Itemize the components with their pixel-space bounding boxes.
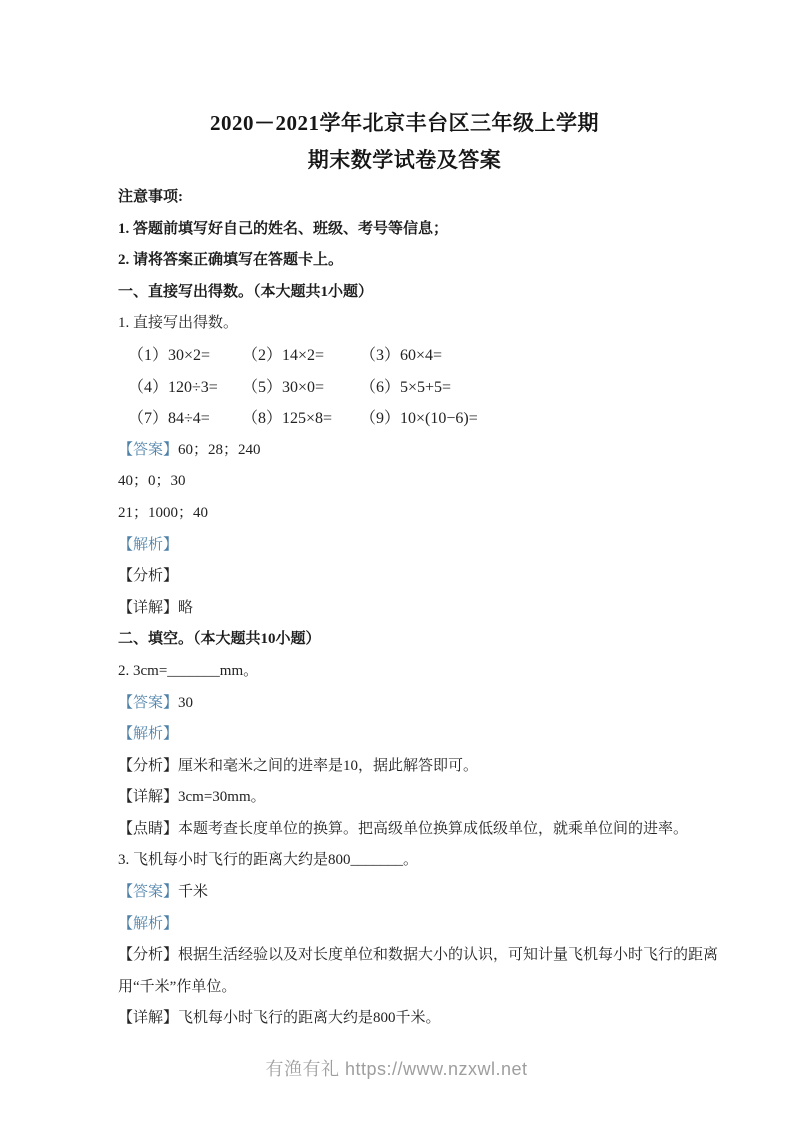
q1-stem: 1. 直接写出得数。 bbox=[118, 308, 691, 340]
q2-highlight-text: 本题考查长度单位的换算。把高级单位换算成低级单位，就乘单位间的进率。 bbox=[178, 821, 688, 837]
breakdown-label: 【分析】 bbox=[118, 568, 178, 584]
q3-breakdown-line-1: 【分析】根据生活经验以及对长度单位和数据大小的认识，可知计量飞机每小时飞行的距离 bbox=[118, 940, 691, 972]
q2-answer-line: 【答案】30 bbox=[118, 688, 691, 720]
calc-item: （2）14×2= bbox=[242, 340, 360, 372]
analysis-label: 【解析】 bbox=[118, 726, 178, 742]
q2-detail-line: 【详解】3cm=30mm。 bbox=[118, 782, 691, 814]
q2-detail-text: 3cm=30mm。 bbox=[178, 789, 266, 805]
q3-detail-line: 【详解】飞机每小时飞行的距离大约是800千米。 bbox=[118, 1003, 691, 1035]
calc-item: （1）30×2= bbox=[128, 340, 242, 372]
exam-title: 2020－2021学年北京丰台区三年级上学期 期末数学试卷及答案 bbox=[118, 105, 691, 179]
document-content: 2020－2021学年北京丰台区三年级上学期 期末数学试卷及答案 注意事项: 1… bbox=[118, 105, 691, 1035]
detail-label: 【详解】 bbox=[118, 1010, 178, 1026]
q3-detail-text: 飞机每小时飞行的距离大约是800千米。 bbox=[178, 1010, 441, 1026]
calc-item: （4）120÷3= bbox=[128, 372, 242, 404]
analysis-label: 【解析】 bbox=[118, 916, 178, 932]
q2-highlight-line: 【点睛】本题考查长度单位的换算。把高级单位换算成低级单位，就乘单位间的进率。 bbox=[118, 814, 691, 846]
q1-calc-row-1: （1）30×2= （2）14×2= （3）60×4= bbox=[118, 340, 691, 372]
notices-heading: 注意事项: bbox=[118, 182, 691, 214]
q2-analysis-line: 【解析】 bbox=[118, 719, 691, 751]
q1-breakdown-line: 【分析】 bbox=[118, 561, 691, 593]
highlight-label: 【点睛】 bbox=[118, 821, 178, 837]
section-two-heading: 二、填空。（本大题共10小题） bbox=[118, 624, 691, 656]
calc-item: （8）125×8= bbox=[242, 403, 360, 435]
q2-breakdown-text: 厘米和毫米之间的进率是10，据此解答即可。 bbox=[178, 758, 478, 774]
calc-item: （5）30×0= bbox=[242, 372, 360, 404]
q1-answer-values-1: 60；28；240 bbox=[178, 442, 261, 458]
exam-title-line1: 2020－2021学年北京丰台区三年级上学期 bbox=[118, 105, 691, 142]
calc-item: （7）84÷4= bbox=[128, 403, 242, 435]
detail-label: 【详解】 bbox=[118, 789, 178, 805]
exam-document-page: 2020－2021学年北京丰台区三年级上学期 期末数学试卷及答案 注意事项: 1… bbox=[0, 0, 793, 1122]
q1-answer-line-2: 40；0；30 bbox=[118, 466, 691, 498]
analysis-label: 【解析】 bbox=[118, 537, 178, 553]
answer-label: 【答案】 bbox=[118, 695, 178, 711]
q1-analysis-line: 【解析】 bbox=[118, 530, 691, 562]
q1-calc-row-3: （7）84÷4= （8）125×8= （9）10×(10−6)= bbox=[118, 403, 691, 435]
answer-label: 【答案】 bbox=[118, 884, 178, 900]
q3-breakdown-text-1: 根据生活经验以及对长度单位和数据大小的认识，可知计量飞机每小时飞行的距离 bbox=[178, 947, 718, 963]
q3-breakdown-line-2: 用“千米”作单位。 bbox=[118, 972, 691, 1004]
calc-item: （6）5×5+5= bbox=[360, 372, 691, 404]
exam-title-line2: 期末数学试卷及答案 bbox=[118, 142, 691, 179]
q2-answer-value: 30 bbox=[178, 695, 193, 711]
breakdown-label: 【分析】 bbox=[118, 947, 178, 963]
q1-answer-line-1: 【答案】60；28；240 bbox=[118, 435, 691, 467]
q2-stem: 2. 3cm=_______mm。 bbox=[118, 656, 691, 688]
q1-detail-line: 【详解】略 bbox=[118, 593, 691, 625]
notice-item-1: 1. 答题前填写好自己的姓名、班级、考号等信息； bbox=[118, 214, 691, 246]
footer-watermark: 有渔有礼 https://www.nzxwl.net bbox=[0, 1056, 793, 1082]
q3-stem: 3. 飞机每小时飞行的距离大约是800_______。 bbox=[118, 845, 691, 877]
q1-calc-row-2: （4）120÷3= （5）30×0= （6）5×5+5= bbox=[118, 372, 691, 404]
calc-item: （3）60×4= bbox=[360, 340, 691, 372]
q3-answer-value: 千米 bbox=[178, 884, 208, 900]
detail-label: 【详解】 bbox=[118, 600, 178, 616]
calc-item: （9）10×(10−6)= bbox=[360, 403, 691, 435]
breakdown-label: 【分析】 bbox=[118, 758, 178, 774]
q1-answer-line-3: 21；1000；40 bbox=[118, 498, 691, 530]
q3-answer-line: 【答案】千米 bbox=[118, 877, 691, 909]
section-one-heading: 一、直接写出得数。（本大题共1小题） bbox=[118, 277, 691, 309]
q3-analysis-line: 【解析】 bbox=[118, 909, 691, 941]
q1-detail-text: 略 bbox=[178, 600, 193, 616]
q2-breakdown-line: 【分析】厘米和毫米之间的进率是10，据此解答即可。 bbox=[118, 751, 691, 783]
notice-item-2: 2. 请将答案正确填写在答题卡上。 bbox=[118, 245, 691, 277]
answer-label: 【答案】 bbox=[118, 442, 178, 458]
